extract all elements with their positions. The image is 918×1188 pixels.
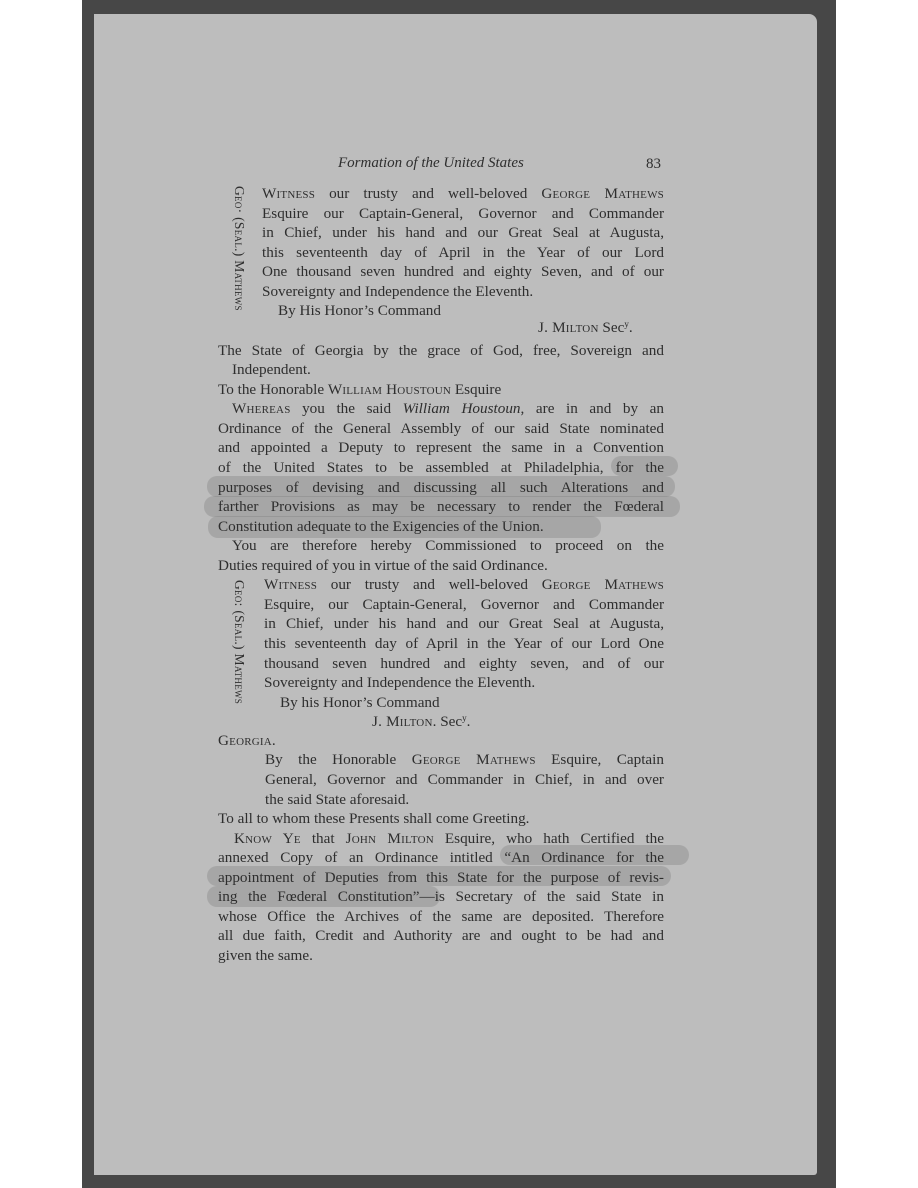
commission-line: The State of Georgia by the grace of God… (218, 341, 664, 361)
person-name: George Mathews (542, 576, 664, 593)
commission-line: Independent. (232, 360, 311, 380)
signer-name: J. Milton (538, 319, 599, 336)
block1-line: One thousand seven hundred and eighty Se… (262, 262, 664, 282)
person-name: George Mathews (412, 751, 536, 768)
signer-name: J. Milton (372, 713, 433, 730)
commission-line: purposes of devising and discussing all … (218, 478, 664, 498)
block1-line: in Chief, under his hand and our Great S… (262, 223, 664, 243)
block2-signature: J. Milton. Secy. (372, 712, 470, 732)
certificate-line: given the same. (218, 946, 313, 966)
commission-line: Ordinance of the General Assembly of our… (218, 419, 664, 439)
text-span: By the Honorable (265, 751, 412, 768)
certificate-heading: Georgia. (218, 731, 276, 751)
block2-line: thousand seven hundred and eighty seven,… (264, 654, 664, 674)
text-span: Esquire (451, 381, 501, 398)
commission-line: Duties required of you in virtue of the … (218, 556, 548, 576)
block1-line: By His Honor’s Command (278, 301, 441, 321)
person-name: John Milton (346, 830, 434, 847)
block1-line: Sovereignty and Independence the Elevent… (262, 282, 533, 302)
text-span: To the Honorable (218, 381, 328, 398)
witness-word: Witness (262, 185, 315, 202)
block2-line: Sovereignty and Independence the Elevent… (264, 673, 535, 693)
certificate-line: By the Honorable George Mathews Esquire,… (265, 750, 664, 770)
text-span: our trusty and well-beloved (315, 185, 541, 202)
certificate-line: ing the Fœderal Constitution”—is Secreta… (218, 887, 664, 907)
signer-title: Sec (599, 319, 625, 336)
certificate-line: whose Office the Archives of the same ar… (218, 907, 664, 927)
block2-line: Witness our trusty and well-beloved Geor… (264, 575, 664, 595)
block1-signature: J. Milton Secy. (538, 318, 633, 338)
commission-line: of the United States to be assembled at … (218, 458, 664, 478)
text-span: , are in and by an (521, 400, 664, 417)
person-name-italic: William Houstoun (403, 400, 521, 417)
witness-word: Witness (264, 576, 317, 593)
certificate-line: appointment of Deputies from this State … (218, 868, 664, 888)
commission-line: and appointed a Deputy to represent the … (218, 438, 664, 458)
commission-line: Constitution adequate to the Exigencies … (218, 517, 544, 537)
commission-line: To the Honorable William Houstoun Esquir… (218, 380, 501, 400)
whereas-word: Whereas (232, 400, 291, 417)
text-span: that (301, 830, 346, 847)
text-span: Esquire, Captain (536, 751, 664, 768)
block2-line: in Chief, under his hand and our Great S… (264, 614, 664, 634)
block2-line: this seventeenth day of April in the Yea… (264, 634, 664, 654)
certificate-line: annexed Copy of an Ordinance intitled “A… (218, 848, 664, 868)
commission-line: You are therefore hereby Commissioned to… (232, 536, 664, 556)
block1-line: Esquire our Captain-General, Governor an… (262, 204, 664, 224)
text-span: Esquire, who hath Certified the (434, 830, 664, 847)
signer-title: . Sec (433, 713, 463, 730)
certificate-line: all due faith, Credit and Authority are … (218, 926, 664, 946)
text-span: our trusty and well-beloved (317, 576, 542, 593)
commission-line: farther Provisions as may be necessary t… (218, 497, 664, 517)
certificate-line: General, Governor and Commander in Chief… (265, 770, 664, 790)
certificate-line: To all to whom these Presents shall come… (218, 809, 529, 829)
person-name: George Mathews (541, 185, 664, 202)
text-span: . (467, 713, 471, 730)
block1-line: Witness our trusty and well-beloved Geor… (262, 184, 664, 204)
block1-line: this seventeenth day of April in the Yea… (262, 243, 664, 263)
text-span: . (629, 319, 633, 336)
person-name: William Houstoun (328, 381, 451, 398)
block2-line: Esquire, our Captain-General, Governor a… (264, 595, 664, 615)
block2-line: By his Honor’s Command (280, 693, 440, 713)
text-span: you the said (291, 400, 403, 417)
know-ye-words: Know Ye (234, 830, 301, 847)
commission-line: Whereas you the said William Houstoun, a… (232, 399, 664, 419)
certificate-line: Know Ye that John Milton Esquire, who ha… (234, 829, 664, 849)
page-text: Witness our trusty and well-beloved Geor… (0, 0, 918, 1188)
certificate-line: the said State aforesaid. (265, 790, 409, 810)
